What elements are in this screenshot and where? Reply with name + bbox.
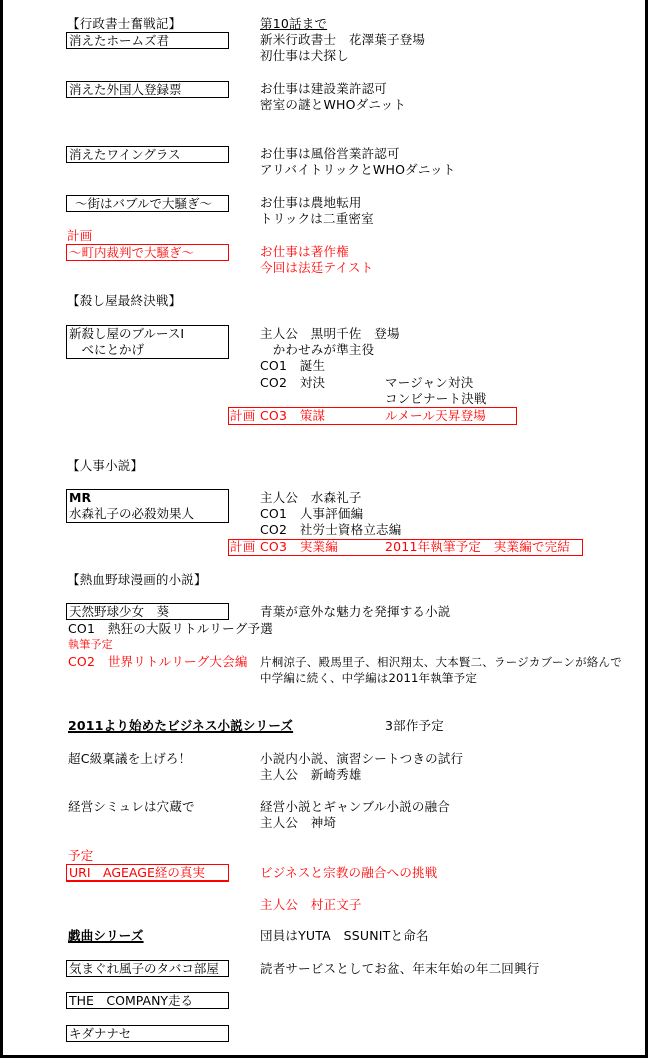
work-title-box: 天然野球少女 葵 bbox=[66, 603, 229, 620]
plan-episode-code: CO2 世界リトルリーグ大会編 bbox=[68, 654, 248, 670]
work-note-planned: お仕事は著作権 bbox=[260, 244, 349, 260]
work-note-planned: 主人公 村正文子 bbox=[260, 897, 362, 913]
work-note-planned: ビジネスと宗教の融合への挑戦 bbox=[260, 865, 437, 881]
episode-detail: 中学編に続く、中学編は2011年執筆予定 bbox=[260, 670, 477, 686]
work-title-box-planned: URI AGEAGE経の真実 bbox=[66, 864, 229, 882]
plan-label: 計画 bbox=[230, 408, 255, 424]
page-border-left bbox=[0, 0, 3, 1058]
work-note: お仕事は農地転用 bbox=[260, 195, 362, 211]
work-note: 経営小説とギャンブル小説の融合 bbox=[260, 799, 450, 815]
work-title-box: キダナナセ bbox=[66, 1025, 229, 1042]
section-note-gikyoku: 団員はYUTA SSUNITと命名 bbox=[260, 928, 429, 944]
work-note: 主人公 新崎秀雄 bbox=[260, 767, 362, 783]
plan-label: 計画 bbox=[67, 228, 92, 244]
work-note: 新米行政書士 花澤葉子登場 bbox=[260, 32, 425, 48]
work-title-line: 水森礼子の必殺効果人 bbox=[69, 506, 228, 522]
plan-label: 予定 bbox=[68, 848, 93, 864]
episode-detail: マージャン対決 bbox=[385, 375, 473, 391]
section-note-business: 3部作予定 bbox=[385, 718, 444, 734]
episode-detail: コンビナート決戦 bbox=[385, 391, 487, 407]
plan-episode-detail: ルメール天昇登場 bbox=[385, 408, 486, 424]
work-note: かわせみが準主役 bbox=[260, 342, 374, 358]
work-note: アリバイトリックとWHOダニット bbox=[260, 162, 455, 178]
work-title: 超C級稟議を上げろ！ bbox=[68, 751, 191, 767]
work-title-box: 消えたホームズ君 bbox=[66, 32, 229, 49]
work-note: 主人公 水森礼子 bbox=[260, 490, 362, 506]
plan-label: 執筆予定 bbox=[68, 637, 113, 653]
work-note-planned: 今回は法廷テイスト bbox=[260, 260, 373, 276]
work-title-line: べにとかげ bbox=[69, 342, 228, 358]
work-note: 読者サービスとしてお盆、年末年始の年二回興行 bbox=[260, 961, 539, 977]
work-title-box-planned: 〜町内裁判で大騒ぎ〜 bbox=[66, 244, 229, 261]
work-note: 青葉が意外な魅力を発揮する小説 bbox=[260, 604, 451, 620]
plan-episode-detail: 2011年執筆予定 実業編で完結 bbox=[385, 539, 570, 555]
work-title-box: 新殺し屋のブルースⅠ べにとかげ bbox=[66, 325, 229, 359]
work-note: 初仕事は犬探し bbox=[260, 48, 349, 64]
episode-code: CO1 熱狂の大阪リトルリーグ予選 bbox=[68, 621, 273, 637]
plan-episode-code: CO3 実業編 bbox=[260, 539, 338, 555]
work-note: 主人公 黒明千佐 登場 bbox=[260, 326, 400, 342]
work-title-box: 消えたワイングラス bbox=[66, 146, 229, 163]
section-header-business: 2011より始めたビジネス小説シリーズ bbox=[68, 718, 293, 734]
work-title-line: 新殺し屋のブルースⅠ bbox=[69, 326, 228, 342]
work-note: 主人公 神埼 bbox=[260, 815, 336, 831]
work-title: 経営シミュレは穴蔵で bbox=[68, 799, 195, 815]
section-header-gyosei: 【行政書士奮戦記】 bbox=[67, 16, 181, 32]
work-title-box: MR 水森礼子の必殺効果人 bbox=[66, 489, 229, 523]
section-header-jinji: 【人事小説】 bbox=[67, 458, 143, 474]
work-title-box: 消えた外国人登録票 bbox=[66, 81, 229, 98]
episode-code: CO1 誕生 bbox=[260, 358, 325, 374]
episode-code: CO1 人事評価編 bbox=[260, 506, 363, 522]
plan-episode-code: CO3 策謀 bbox=[260, 408, 325, 424]
work-note: 小説内小説、演習シートつきの試行 bbox=[260, 751, 463, 767]
plan-label: 計画 bbox=[230, 539, 255, 555]
page-border-right bbox=[645, 0, 648, 1058]
page-border-bottom bbox=[0, 1055, 648, 1058]
section-header-koroshiya: 【殺し屋最終決戦】 bbox=[67, 293, 181, 309]
work-title-box: THE COMPANY走る bbox=[66, 992, 229, 1009]
section-header-yakyu: 【熱血野球漫画的小説】 bbox=[67, 572, 207, 588]
work-title-box: 〜街はバブルで大騒ぎ〜 bbox=[66, 195, 229, 212]
work-note: トリックは二重密室 bbox=[260, 211, 374, 227]
episode-detail: 片桐涼子、殿馬里子、相沢翔太、大本賢二、ラージカブーンが絡んで bbox=[260, 654, 622, 670]
section-header-gikyoku: 戯曲シリーズ bbox=[68, 928, 144, 944]
work-note: 密室の謎とWHOダニット bbox=[260, 97, 406, 113]
work-note: お仕事は建設業許認可 bbox=[260, 81, 387, 97]
work-note: お仕事は風俗営業許認可 bbox=[260, 146, 400, 162]
episode-code: CO2 対決 bbox=[260, 375, 325, 391]
work-title-line: MR bbox=[69, 490, 228, 506]
work-title-box: 気まぐれ風子のタバコ部屋 bbox=[66, 960, 229, 977]
section-note-gyosei: 第10話まで bbox=[260, 16, 327, 32]
episode-code: CO2 社労士資格立志編 bbox=[260, 522, 401, 538]
